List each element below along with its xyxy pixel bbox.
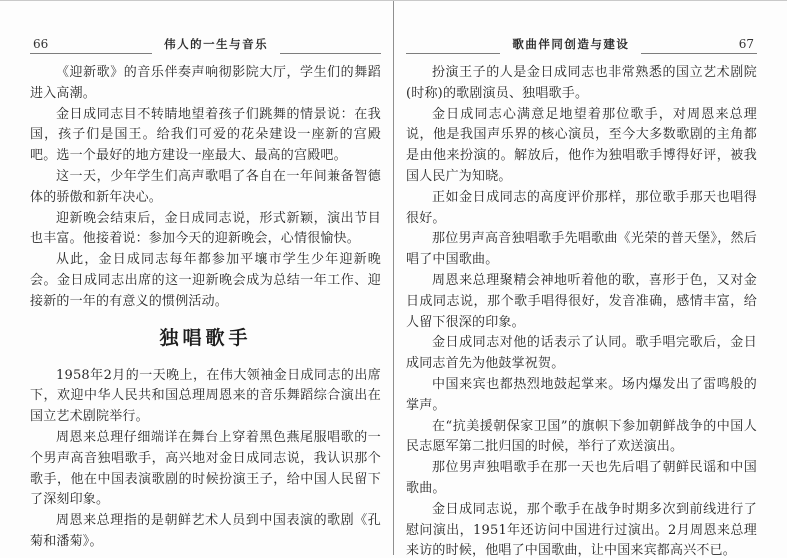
page-number-left: 66 <box>30 38 51 54</box>
page-number-right: 67 <box>736 38 757 54</box>
paragraph: 正如金日成同志的高度评价那样，那位歌手那天也唱得很好。 <box>406 188 757 230</box>
paragraph: 金日成同志对他的话表示了认同。歌手唱完歌后，金日成同志首先为他鼓掌祝贺。 <box>406 333 757 375</box>
paragraph: 中国来宾也都热烈地鼓起掌来。场内爆发出了雷鸣般的掌声。 <box>406 375 757 417</box>
paragraph: 周恩来总理仔细端详在舞台上穿着黑色燕尾服唱歌的一个男声高音独唱歌手，高兴地对金日… <box>30 428 381 511</box>
running-head-right: 歌曲伴同创造与建设 <box>500 39 641 55</box>
page-right-body: 扮演王子的人是金日成同志也非常熟悉的国立艺术剧院(时称)的歌剧演员、独唱歌手。 … <box>406 63 757 558</box>
page-left-66: 66 伟人的一生与音乐 《迎新歌》的音乐伴奏声响彻影院大厅，学生们的舞蹈进入高潮… <box>0 1 393 558</box>
paragraph: 1958年2月的一天晚上，在伟大领袖金日成同志的出席下，欢迎中华人民共和国总理周… <box>30 366 381 428</box>
paragraph: 周恩来总理聚精会神地听着他的歌，喜形于色，又对金日成同志说，那个歌手唱得很好，发… <box>406 271 757 333</box>
paragraph: 扮演王子的人是金日成同志也非常熟悉的国立艺术剧院(时称)的歌剧演员、独唱歌手。 <box>406 63 757 105</box>
paragraph: 迎新晚会结束后，金日成同志说，形式新颖，演出节目也丰富。他接着说：参加今天的迎新… <box>30 209 381 251</box>
paragraph: 从此，金日成同志每年都参加平壤市学生少年迎新晚会。金日成同志出席的这一迎新晚会成… <box>30 250 381 312</box>
header-rule-right-a <box>406 53 500 54</box>
section-heading: 独唱歌手 <box>30 325 381 351</box>
paragraph: 金日成同志说，那个歌手在战争时期多次到前线进行了慰问演出，1951年还访问中国进… <box>406 500 757 558</box>
page-right-67: 歌曲伴同创造与建设 67 扮演王子的人是金日成同志也非常熟悉的国立艺术剧院(时称… <box>394 1 787 558</box>
page-right-header: 歌曲伴同创造与建设 67 <box>406 37 757 54</box>
paragraph: 《迎新歌》的音乐伴奏声响彻影院大厅，学生们的舞蹈进入高潮。 <box>30 63 381 105</box>
header-rule-left-a <box>51 53 152 54</box>
paragraph: 周恩来总理指的是朝鲜艺术人员到中国表演的歌剧《孔菊和潘菊》。 <box>30 511 381 553</box>
paragraph: 这一天，少年学生们高声歌唱了各自在一年间兼备智德体的骄傲和新年决心。 <box>30 167 381 209</box>
paragraph: 那位男声独唱歌手在那一天也先后唱了朝鲜民谣和中国歌曲。 <box>406 458 757 500</box>
book-spread: 66 伟人的一生与音乐 《迎新歌》的音乐伴奏声响彻影院大厅，学生们的舞蹈进入高潮… <box>0 0 787 558</box>
paragraph: 金日成同志心满意足地望着那位歌手，对周恩来总理说，他是我国声乐界的核心演员，至今… <box>406 105 757 188</box>
header-rule-right-b <box>641 53 735 54</box>
page-left-body: 《迎新歌》的音乐伴奏声响彻影院大厅，学生们的舞蹈进入高潮。 金日成同志目不转睛地… <box>30 63 381 553</box>
paragraph: 金日成同志目不转睛地望着孩子们跳舞的情景说：在我国，孩子们是国王。给我们可爱的花… <box>30 105 381 167</box>
page-left-header: 66 伟人的一生与音乐 <box>30 37 381 54</box>
running-head-left: 伟人的一生与音乐 <box>152 39 280 55</box>
paragraph: 在“抗美援朝保家卫国”的旗帜下参加朝鲜战争的中国人民志愿军第二批归国的时候，举行… <box>406 417 757 459</box>
paragraph: 那位男声高音独唱歌手先唱歌曲《光荣的普天堡》，然后唱了中国歌曲。 <box>406 229 757 271</box>
header-rule-left-b <box>280 53 381 54</box>
